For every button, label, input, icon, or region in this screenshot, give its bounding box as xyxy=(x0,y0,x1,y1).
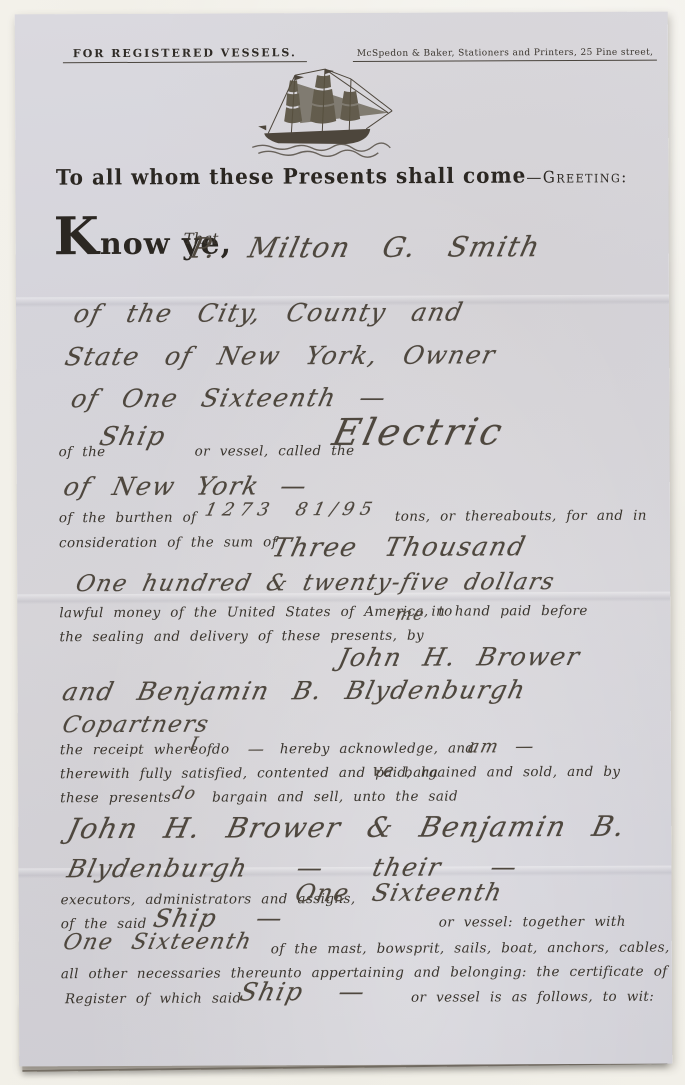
sailing-ship-icon xyxy=(248,63,394,164)
buyer1-handwriting: John H. Brower xyxy=(336,642,584,672)
printed-presents2: bargain and sell, unto the said xyxy=(212,789,458,806)
handwriting-ve: ve xyxy=(370,761,397,781)
printed-satisfied2: bargained and sold, and by xyxy=(404,764,620,781)
bill-of-sale-document: FOR REGISTERED VESSELS. McSpedon & Baker… xyxy=(15,12,673,1067)
share3-handwriting: One Sixteenth xyxy=(61,929,255,955)
ship2-handwriting: Ship — xyxy=(151,903,287,933)
printed-tons-text: tons, or thereabouts, for and in xyxy=(395,508,647,525)
ship3-handwriting: Ship — xyxy=(237,977,369,1007)
printed-lawful-money2: in hand paid before xyxy=(431,603,587,620)
handwriting-am: am — xyxy=(466,736,537,757)
printed-mast-line1: of the mast, bowsprit, sails, boat, anch… xyxy=(271,939,673,957)
amount-thousand-handwriting: Three Thousand xyxy=(269,532,529,563)
buyer2-handwriting: and Benjamin B. Blydenburgh xyxy=(60,675,530,706)
handwriting-dash: — xyxy=(246,739,268,758)
share2-handwriting: One Sixteenth xyxy=(293,878,506,907)
printed-receipt2: hereby acknowledge, and xyxy=(280,740,475,757)
form-type-label: FOR REGISTERED VESSELS. xyxy=(63,46,307,63)
grantor-name-handwriting: P. Milton G. Smith xyxy=(188,230,544,265)
handwriting-share-line: of One Sixteenth — xyxy=(68,383,389,413)
amount-hundred-handwriting: One hundred & twenty-five dollars xyxy=(73,569,558,597)
buyer3-handwriting: Copartners xyxy=(60,712,212,739)
printed-or-vessel-together: or vessel: together with xyxy=(439,914,626,931)
vessel-name-handwriting: Electric xyxy=(329,410,509,454)
salutation-text: To all whom these Presents shall come xyxy=(56,162,526,189)
handwriting-do2: do xyxy=(170,784,199,804)
printed-register2: or vessel is as follows, to wit: xyxy=(411,989,654,1006)
printer-imprint: McSpedon & Baker, Stationers and Printer… xyxy=(353,48,658,62)
handwriting-port-line: of New York — xyxy=(61,471,311,501)
grantee1-handwriting: John H. Brower & Benjamin B. xyxy=(64,810,629,845)
printed-consideration-label: consideration of the sum of xyxy=(59,534,277,551)
handwriting-city-line: of the City, County and xyxy=(71,297,467,328)
salutation-line: To all whom these Presents shall come—Gr… xyxy=(15,162,668,190)
handwriting-state-line: State of New York, Owner xyxy=(62,340,499,371)
printed-presents1: these presents xyxy=(60,790,171,806)
handwriting-me: me xyxy=(393,605,427,625)
tonnage-handwriting: 1273 81/95 xyxy=(203,499,380,521)
printed-burthen-label: of the burthen of xyxy=(59,510,197,527)
printed-register1: Register of which said xyxy=(65,990,242,1007)
printed-do1: do xyxy=(212,741,230,757)
greeting-text: —Greeting: xyxy=(526,167,628,187)
handwriting-ship-word: Ship xyxy=(97,422,169,452)
